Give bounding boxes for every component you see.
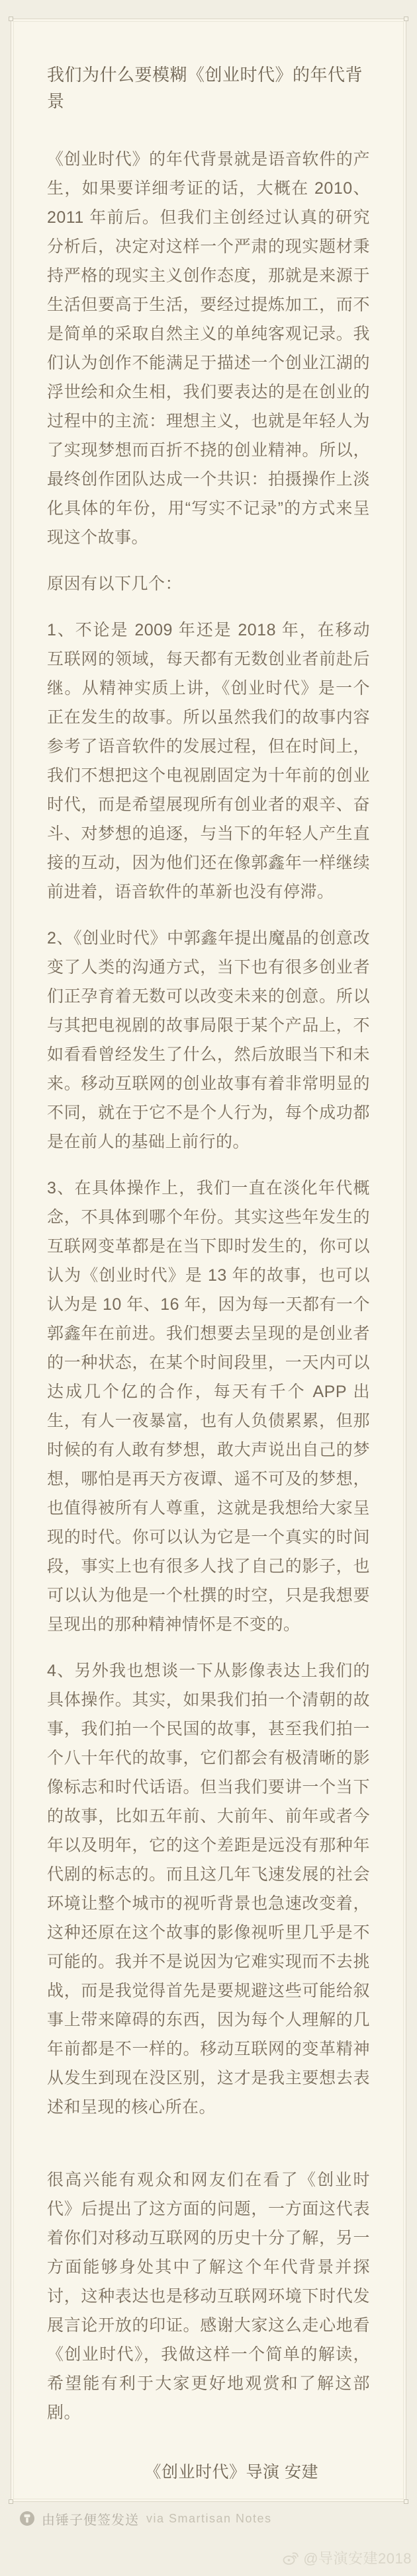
note-paragraph-reason-4: 4、另外我也想谈一下从影像表达上我们的具体操作。其实，如果我们拍一个清朝的故事，… [47, 1656, 370, 2122]
note-paragraph-reason-3: 3、在具体操作上，我们一直在淡化年代概念，不具体到哪个年份。其实这些年发生的互联… [47, 1174, 370, 1639]
smartisan-hammer-icon [20, 2511, 34, 2526]
smartisan-footer: 由锤子便签发送 via Smartisan Notes [20, 2511, 417, 2526]
note-card: 我们为什么要模糊《创业时代》的年代背景 《创业时代》的年代背景就是语音软件的产生… [11, 19, 406, 2502]
watermark-handle: @导演安建2018 [303, 2548, 412, 2568]
weibo-icon [282, 2551, 299, 2565]
note-signature: 《创业时代》导演 安建 [47, 2458, 370, 2487]
footer-text-cn: 由锤子便签发送 [42, 2509, 139, 2528]
note-paragraph-reason-2: 2、《创业时代》中郭鑫年提出魔晶的创意改变了人类的沟通方式，当下也有很多创业者们… [47, 924, 370, 1156]
note-title: 我们为什么要模糊《创业时代》的年代背景 [47, 61, 370, 114]
note-content: 我们为什么要模糊《创业时代》的年代背景 《创业时代》的年代背景就是语音软件的产生… [11, 19, 406, 2501]
weibo-watermark: @导演安建2018 [0, 2548, 412, 2568]
note-paragraph-reason-1: 1、不论是 2009 年还是 2018 年，在移动互联网的领域，每天都有无数创业… [47, 616, 370, 906]
note-paragraph-closing: 很高兴能有观众和网友们在看了《创业时代》后提出了这方面的问题，一方面这代表着你们… [47, 2165, 370, 2427]
footer-text-en: via Smartisan Notes [146, 2512, 272, 2526]
note-paragraph-reasons-lead: 原因有以下几个： [47, 569, 370, 598]
note-share-image: 我们为什么要模糊《创业时代》的年代背景 《创业时代》的年代背景就是语音软件的产生… [0, 19, 417, 2568]
note-paragraph-intro: 《创业时代》的年代背景就是语音软件的产生，如果要详细考证的话，大概在 2010、… [47, 145, 370, 552]
